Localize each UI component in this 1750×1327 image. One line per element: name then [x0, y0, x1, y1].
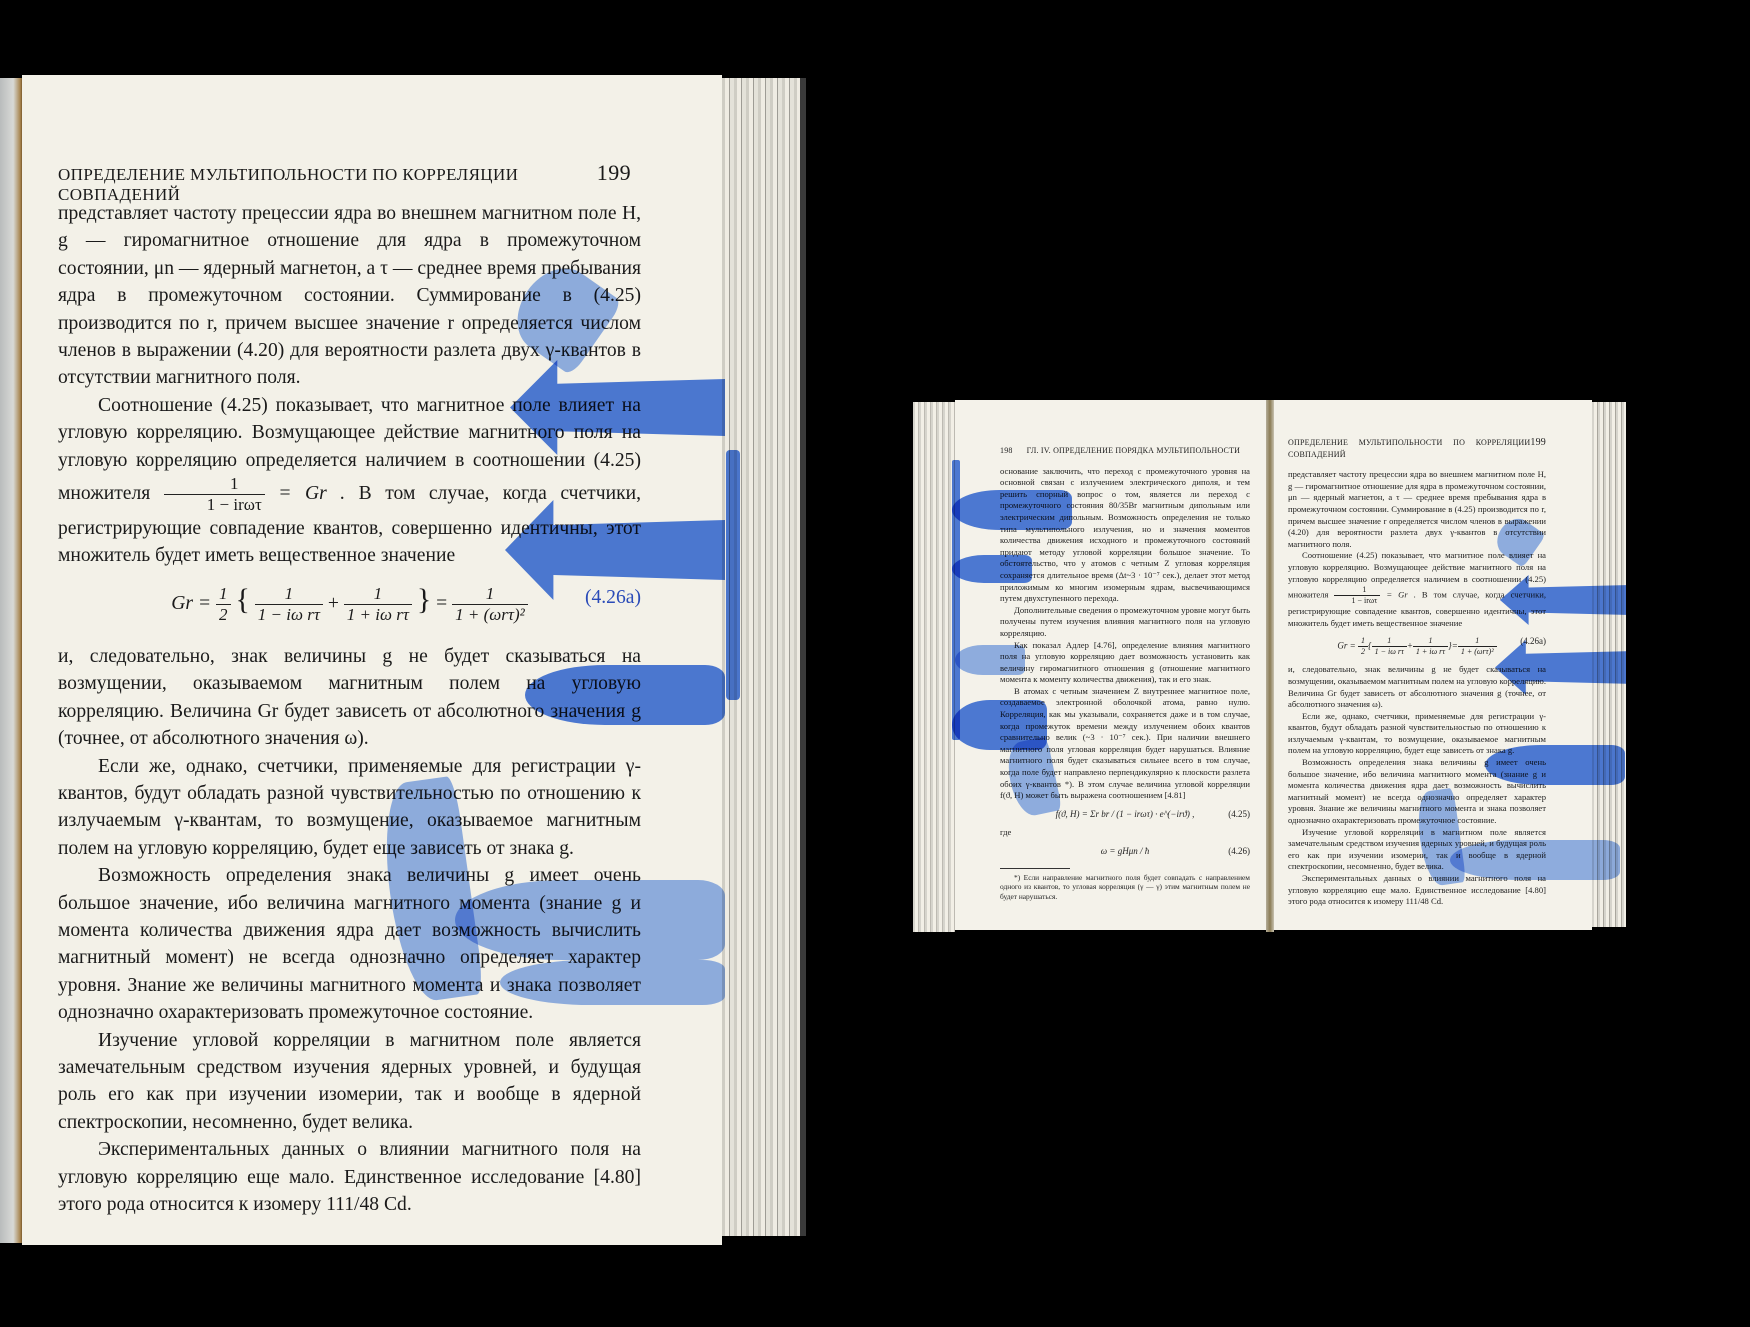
- footnote: *) Если направление магнитного поля буде…: [1000, 873, 1250, 902]
- blue-paint-stroke: [500, 960, 725, 1005]
- blue-paint-stroke: [525, 665, 725, 725]
- paragraph: Дополнительные сведения о промежуточном …: [1000, 605, 1250, 640]
- page-number: 199: [1530, 437, 1546, 460]
- where-label: где: [1000, 827, 1250, 839]
- big-book-cover-edge: [800, 78, 806, 1236]
- footnote-rule: [1000, 868, 1070, 869]
- paragraph: Если же, однако, счетчики, применяемые д…: [58, 753, 641, 863]
- page-number: 198: [1000, 445, 1013, 457]
- running-head-title: ГЛ. IV. ОПРЕДЕЛЕНИЕ ПОРЯДКА МУЛЬТИПОЛЬНО…: [1027, 445, 1241, 457]
- paragraph: Соотношение (4.25) показывает, что магни…: [1288, 550, 1546, 629]
- paragraph: Как показал Адлер [4.76], определение вл…: [1000, 640, 1250, 686]
- running-head-title: ОПРЕДЕЛЕНИЕ МУЛЬТИПОЛЬНОСТИ ПО КОРРЕЛЯЦИ…: [58, 165, 597, 205]
- big-book-gutter: [0, 78, 22, 1243]
- formula-4-26: ω = gHμn / ħ (4.26): [1000, 846, 1250, 858]
- blue-paint-stroke: [455, 880, 725, 960]
- equation-label: (4.26a): [585, 584, 641, 611]
- page-number: 199: [597, 160, 631, 186]
- paragraph: основание заключить, что переход с проме…: [1000, 466, 1250, 605]
- blue-paint-stroke: [952, 460, 960, 740]
- blue-paint-stroke: [726, 450, 740, 700]
- running-head: ОПРЕДЕЛЕНИЕ МУЛЬТИПОЛЬНОСТИ ПО КОРРЕЛЯЦИ…: [58, 160, 631, 205]
- running-head-title: ОПРЕДЕЛЕНИЕ МУЛЬТИПОЛЬНОСТИ ПО КОРРЕЛЯЦИ…: [1288, 437, 1530, 460]
- blue-paint-stroke: [952, 555, 1032, 583]
- blue-paint-stroke: [955, 645, 1025, 675]
- blue-paint-stroke: [1485, 745, 1625, 785]
- blue-paint-stroke: [1450, 840, 1620, 880]
- blue-paint-stroke: [952, 490, 1072, 530]
- running-head: ОПРЕДЕЛЕНИЕ МУЛЬТИПОЛЬНОСТИ ПО КОРРЕЛЯЦИ…: [1288, 437, 1546, 460]
- small-book-spine: [1266, 400, 1274, 932]
- small-book-left-edges: [913, 402, 955, 932]
- formula-4-26a: Gr = 12 { 11 − iω rτ + 11 + iω rτ } = 11…: [58, 584, 641, 625]
- running-head: 198 ГЛ. IV. ОПРЕДЕЛЕНИЕ ПОРЯДКА МУЛЬТИПО…: [1000, 445, 1250, 457]
- paragraph: Экспериментальных данных о влиянии магни…: [58, 1136, 641, 1218]
- paragraph: Изучение угловой корреляции в магнитном …: [58, 1027, 641, 1137]
- formula-4-26a: Gr = 12{11 − iω rτ+11 + iω rτ}=11 + (ωrτ…: [1288, 636, 1546, 657]
- inline-factor: 1 1 − irωτ: [164, 474, 265, 515]
